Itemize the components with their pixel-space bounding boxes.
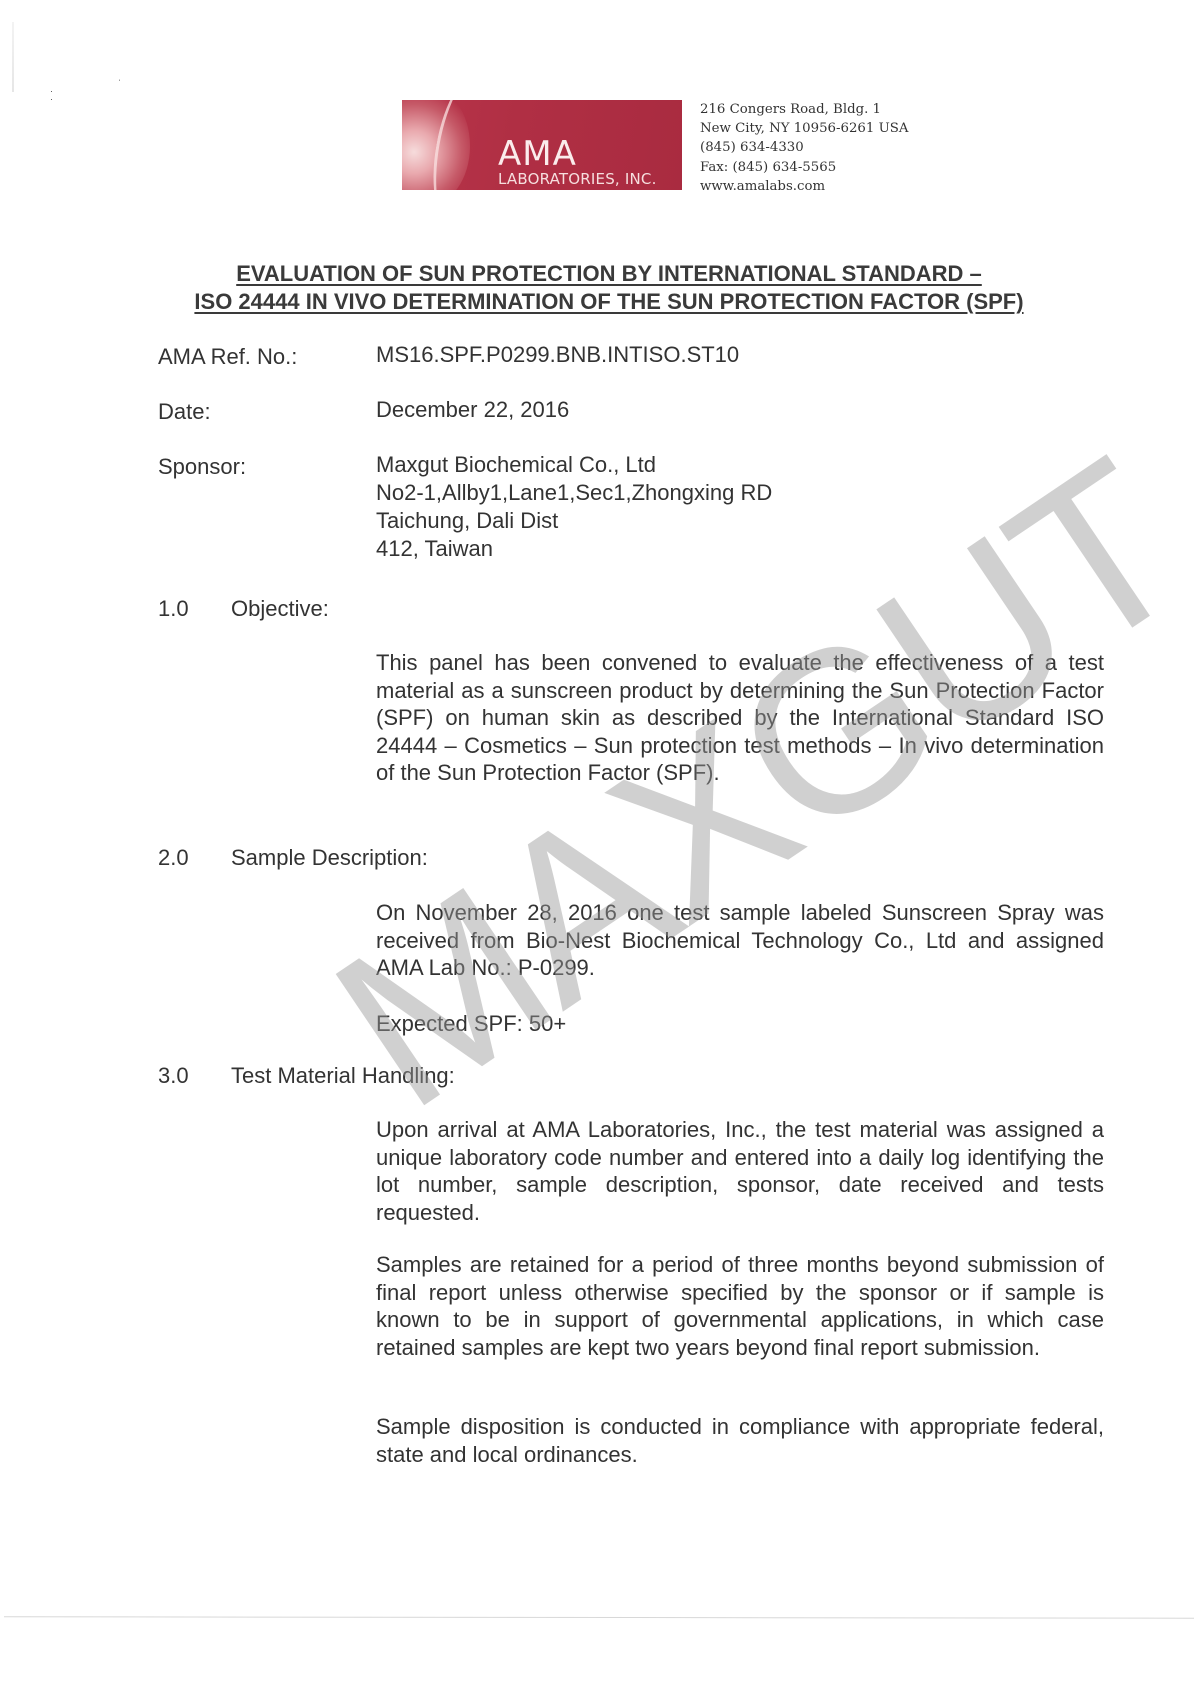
sample-description-paragraph: On November 28, 2016 one test sample lab… <box>376 899 1104 982</box>
expected-spf: Expected SPF: 50+ <box>376 1010 1104 1038</box>
sponsor-address-2: Taichung, Dali Dist <box>376 507 772 535</box>
ref-label: AMA Ref. No.: <box>158 344 297 370</box>
section-1-title: Objective: <box>231 596 329 622</box>
address-fax: Fax: (845) 634-5565 <box>700 158 909 177</box>
ref-value: MS16.SPF.P0299.BNB.INTISO.ST10 <box>376 341 739 369</box>
scan-speck: ˈ <box>118 78 121 88</box>
logo-subtitle: LABORATORIES, INC. <box>498 170 657 188</box>
section-1-number: 1.0 <box>158 596 189 622</box>
objective-paragraph: This panel has been convened to evaluate… <box>376 649 1104 787</box>
ama-logo: AMA LABORATORIES, INC. <box>402 100 682 190</box>
letterhead-address: 216 Congers Road, Bldg. 1 New City, NY 1… <box>700 100 909 196</box>
section-3-number: 3.0 <box>158 1063 189 1089</box>
title-line-2: ISO 24444 IN VIVO DETERMINATION OF THE S… <box>18 288 1200 316</box>
sponsor-block: Maxgut Biochemical Co., Ltd No2-1,Allby1… <box>376 451 772 563</box>
logo-wordmark: AMA <box>498 134 577 174</box>
handling-paragraph-3: Sample disposition is conducted in compl… <box>376 1413 1104 1468</box>
handling-paragraph-1: Upon arrival at AMA Laboratories, Inc., … <box>376 1116 1104 1226</box>
sponsor-address-3: 412, Taiwan <box>376 535 772 563</box>
handling-paragraph-2: Samples are retained for a period of thr… <box>376 1251 1104 1361</box>
title-line-1: EVALUATION OF SUN PROTECTION BY INTERNAT… <box>18 260 1200 288</box>
sponsor-name: Maxgut Biochemical Co., Ltd <box>376 451 772 479</box>
section-2-title: Sample Description: <box>231 845 428 871</box>
address-phone: (845) 634-4330 <box>700 138 909 157</box>
scan-bottom-edge <box>4 1616 1194 1618</box>
date-label: Date: <box>158 399 211 425</box>
sponsor-label: Sponsor: <box>158 454 246 480</box>
address-street: 216 Congers Road, Bldg. 1 <box>700 100 909 119</box>
section-3-title: Test Material Handling: <box>231 1063 455 1089</box>
sponsor-address-1: No2-1,Allby1,Lane1,Sec1,Zhongxing RD <box>376 479 772 507</box>
scan-page-edge <box>12 22 14 92</box>
date-value: December 22, 2016 <box>376 396 569 424</box>
scan-speck: · <box>50 94 53 104</box>
address-city: New City, NY 10956-6261 USA <box>700 119 909 138</box>
address-website: www.amalabs.com <box>700 177 909 196</box>
section-2-number: 2.0 <box>158 845 189 871</box>
document-title: EVALUATION OF SUN PROTECTION BY INTERNAT… <box>0 260 1200 316</box>
